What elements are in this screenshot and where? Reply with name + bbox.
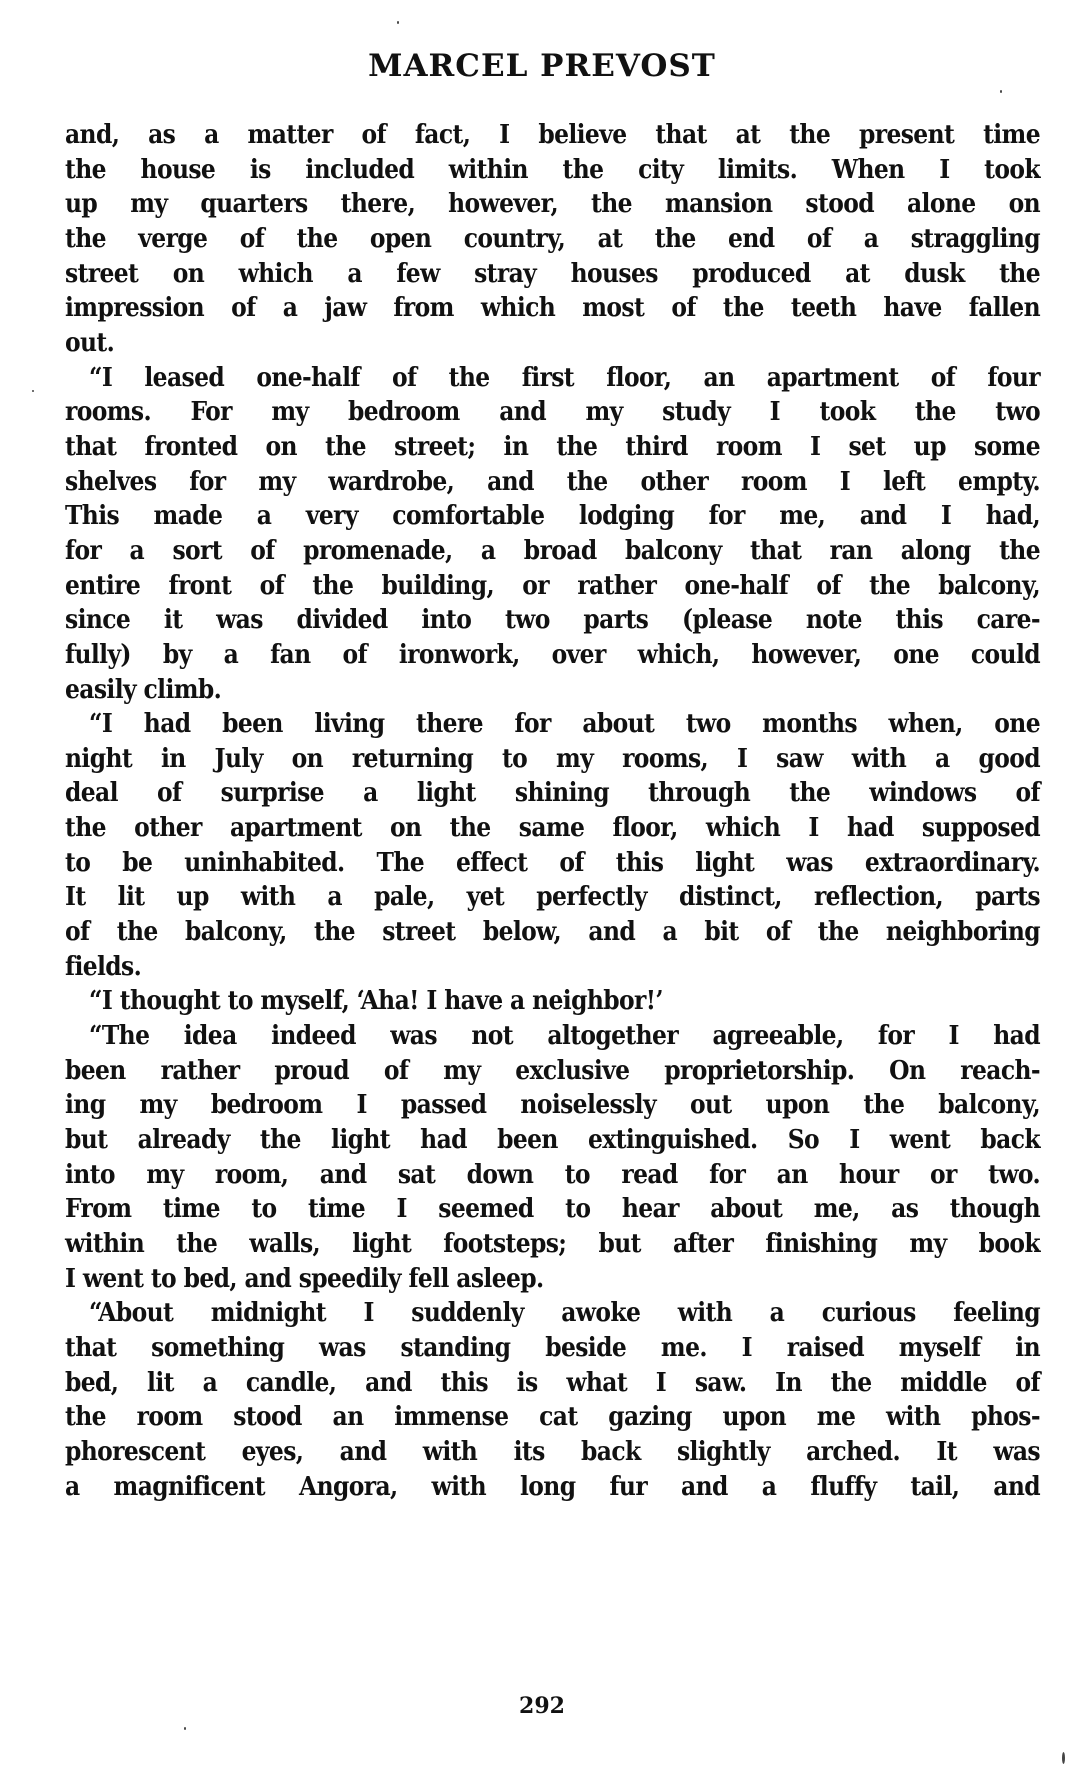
text-line: This made a very comfortable lodging for… xyxy=(65,499,1040,534)
text-line: easily climb. xyxy=(65,673,1040,708)
text-line: out. xyxy=(65,326,1040,361)
text-line: bed, lit a candle, and this is what I sa… xyxy=(65,1366,1040,1401)
scan-speck xyxy=(1000,90,1002,93)
text-line: the room stood an immense cat gazing upo… xyxy=(65,1400,1040,1435)
page-number: 292 xyxy=(0,1693,1084,1719)
text-line: but already the light had been extinguis… xyxy=(65,1123,1040,1158)
text-line: for a sort of promenade, a broad balcony… xyxy=(65,534,1040,569)
text-line: entire front of the building, or rather … xyxy=(65,569,1040,604)
text-line: the other apartment on the same floor, w… xyxy=(65,811,1040,846)
text-line: fully) by a fan of ironwork, over which,… xyxy=(65,638,1040,673)
body-text: and, as a matter of fact, I believe that… xyxy=(65,118,1040,1504)
text-line: of the balcony, the street below, and a … xyxy=(65,915,1040,950)
paragraph-first-line: “I leased one-half of the first floor, a… xyxy=(65,361,1040,396)
text-line: and, as a matter of fact, I believe that… xyxy=(65,118,1040,153)
text-line: shelves for my wardrobe, and the other r… xyxy=(65,465,1040,500)
text-line: fields. xyxy=(65,950,1040,985)
paragraph-first-line: “The idea indeed was not altogether agre… xyxy=(65,1019,1040,1054)
text-line: up my quarters there, however, the mansi… xyxy=(65,187,1040,222)
text-line: impression of a jaw from which most of t… xyxy=(65,291,1040,326)
running-head: MARCEL PREVOST xyxy=(0,48,1084,84)
text-line: that something was standing beside me. I… xyxy=(65,1331,1040,1366)
text-line: night in July on returning to my rooms, … xyxy=(65,742,1040,777)
scan-speck xyxy=(184,1727,186,1730)
text-line: a magnificent Angora, with long fur and … xyxy=(65,1470,1040,1505)
text-line: the house is included within the city li… xyxy=(65,153,1040,188)
paragraph-first-line: “About midnight I suddenly awoke with a … xyxy=(65,1296,1040,1331)
text-line: been rather proud of my exclusive propri… xyxy=(65,1054,1040,1089)
text-line: From time to time I seemed to hear about… xyxy=(65,1192,1040,1227)
text-line: within the walls, light footsteps; but a… xyxy=(65,1227,1040,1262)
text-line: deal of surprise a light shining through… xyxy=(65,776,1040,811)
book-page: MARCEL PREVOST and, as a matter of fact,… xyxy=(0,0,1084,1771)
scan-speck xyxy=(32,390,34,392)
text-line: I went to bed, and speedily fell asleep. xyxy=(65,1262,1040,1297)
paragraph-first-line: “I thought to myself, ‘Aha! I have a nei… xyxy=(65,984,1040,1019)
scan-speck xyxy=(397,21,399,24)
scan-speck xyxy=(1062,1752,1065,1764)
text-line: to be uninhabited. The effect of this li… xyxy=(65,846,1040,881)
text-line: that fronted on the street; in the third… xyxy=(65,430,1040,465)
text-line: It lit up with a pale, yet perfectly dis… xyxy=(65,880,1040,915)
text-line: into my room, and sat down to read for a… xyxy=(65,1158,1040,1193)
text-line: phorescent eyes, and with its back sligh… xyxy=(65,1435,1040,1470)
paragraph-first-line: “I had been living there for about two m… xyxy=(65,707,1040,742)
text-line: ing my bedroom I passed noiselessly out … xyxy=(65,1088,1040,1123)
text-line: since it was divided into two parts (ple… xyxy=(65,603,1040,638)
text-line: rooms. For my bedroom and my study I too… xyxy=(65,395,1040,430)
text-line: street on which a few stray houses produ… xyxy=(65,257,1040,292)
text-line: the verge of the open country, at the en… xyxy=(65,222,1040,257)
